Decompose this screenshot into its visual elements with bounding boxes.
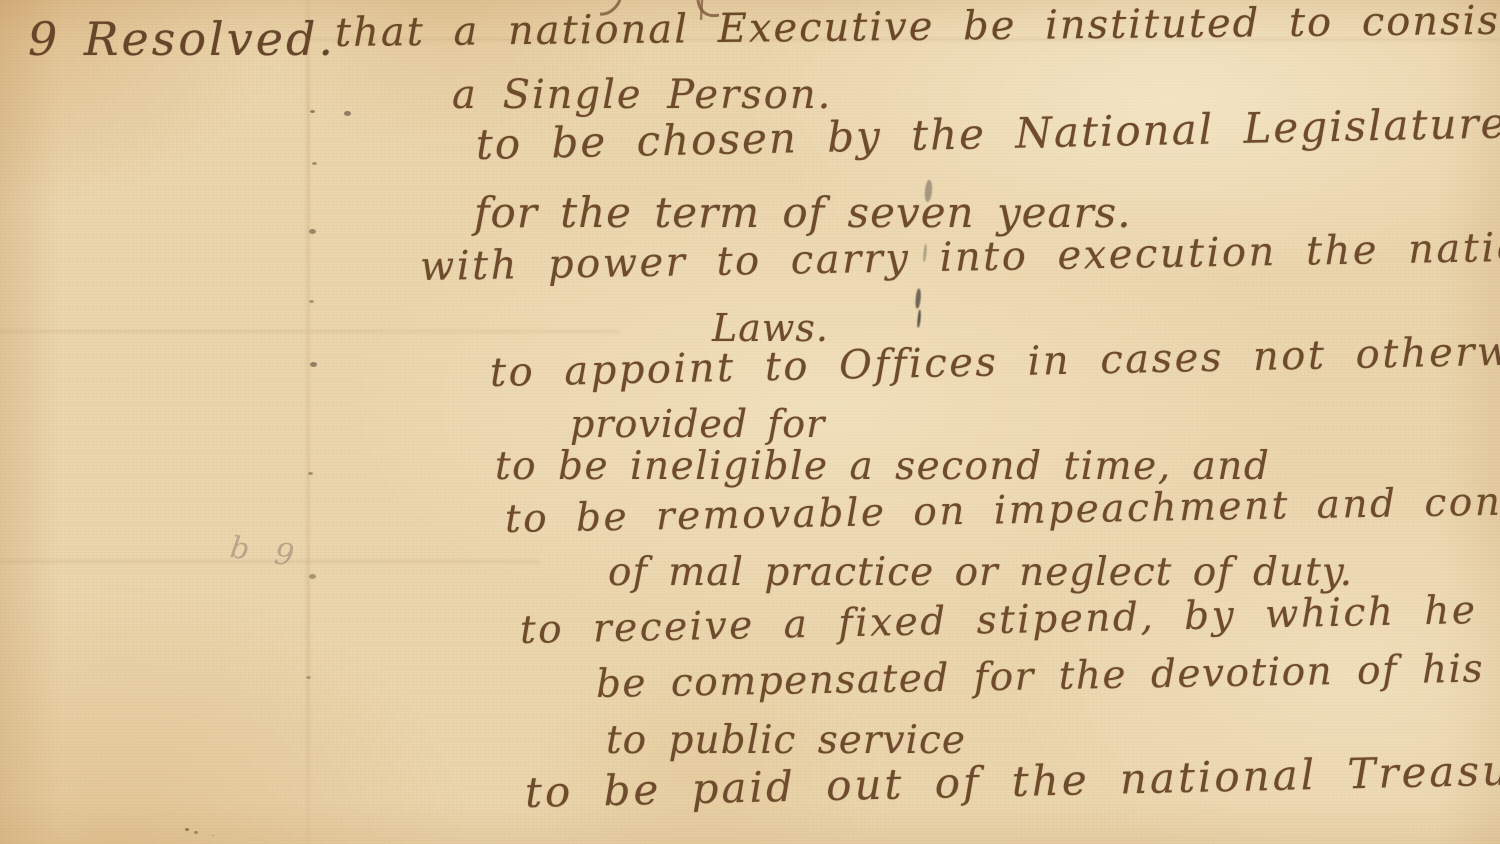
manuscript-line: for the term of seven years. — [474, 188, 1132, 237]
manuscript-line: be compensated for the devotion of his t… — [596, 644, 1500, 707]
horizontal-crease — [0, 330, 620, 333]
manuscript-line: to be ineligible a second time, and — [495, 444, 1270, 489]
manuscript-line: to appoint to Offices in cases not other… — [490, 327, 1500, 396]
ink-flecks — [185, 828, 189, 831]
pencil-marginalia: b 9 — [228, 530, 304, 575]
manuscript-page: 9 Resolved. that a national Executive be… — [0, 0, 1500, 844]
manuscript-line: of mal practice or neglect of duty. — [608, 550, 1353, 595]
manuscript-line: provided for — [570, 402, 825, 446]
manuscript-line: that a national Executive be instituted … — [335, 0, 1500, 56]
resolution-marker: 9 Resolved. — [28, 12, 336, 66]
manuscript-line: to receive a fixed stipend, by which he … — [520, 585, 1500, 653]
manuscript-line: a Single Person. — [452, 72, 832, 118]
ink-flecks — [310, 110, 315, 113]
vertical-fold-crease — [306, 0, 310, 844]
manuscript-line: to public service — [606, 718, 966, 763]
